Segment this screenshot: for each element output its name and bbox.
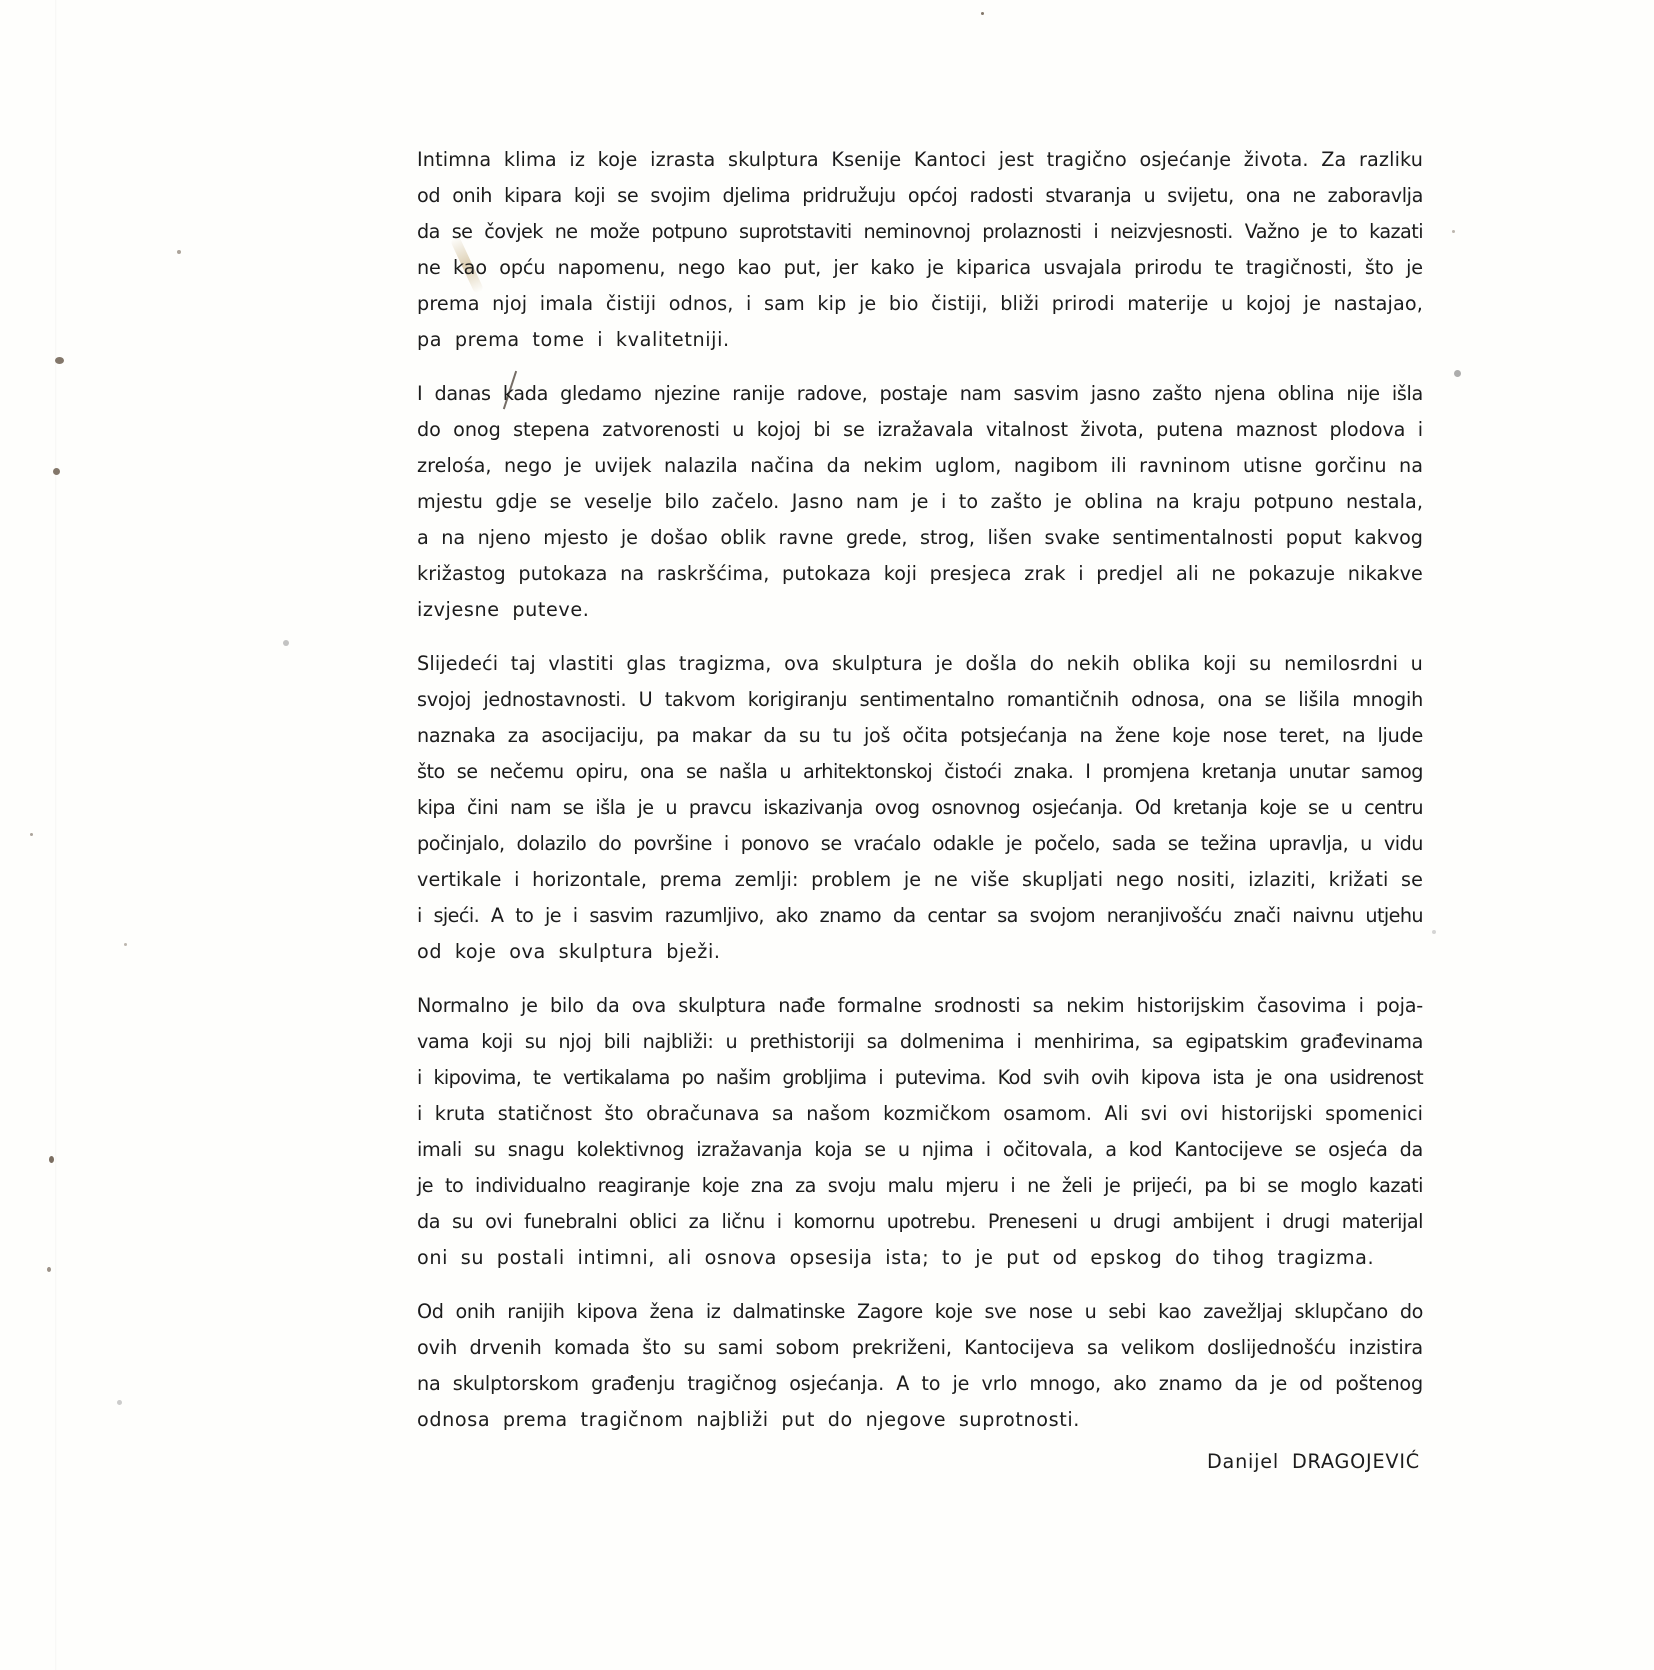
- text-line: od koje ova skulptura bježi.: [417, 934, 1423, 970]
- paragraph-1: Intimna klima iz koje izrasta skulptura …: [417, 142, 1423, 358]
- scan-blemish: [47, 1267, 51, 1272]
- text-line: mjestu gdje se veselje bilo začelo. Jasn…: [417, 484, 1423, 520]
- text-line: ne kao opću napomenu, nego kao put, jer …: [417, 250, 1423, 286]
- text-line: odnosa prema tragičnom najbliži put do n…: [417, 1402, 1423, 1438]
- scan-blemish: [55, 357, 64, 364]
- scan-blemish: [177, 250, 181, 254]
- scan-blemish: [124, 943, 127, 946]
- text-line: Od onih ranijih kipova žena iz dalmatins…: [417, 1294, 1423, 1330]
- text-line: Intimna klima iz koje izrasta skulptura …: [417, 142, 1423, 178]
- text-line: a na njeno mjesto je došao oblik ravne g…: [417, 520, 1423, 556]
- text-line: vertikale i horizontale, prema zemlji: p…: [417, 862, 1423, 898]
- text-line: oni su postali intimni, ali osnova opses…: [417, 1240, 1423, 1276]
- text-line: na skulptorskom građenju tragičnog osjeć…: [417, 1366, 1423, 1402]
- text-line: križastog putokaza na raskršćima, putoka…: [417, 556, 1423, 592]
- text-line: naznaka za asocijaciju, pa makar da su t…: [417, 718, 1423, 754]
- scan-blemish: [53, 468, 60, 475]
- text-line: izvjesne puteve.: [417, 592, 1423, 628]
- scan-blemish: [981, 12, 984, 15]
- scan-blemish: [117, 1400, 122, 1405]
- scan-blemish: [1432, 930, 1436, 934]
- text-line: kipa čini nam se išla je u pravcu iskazi…: [417, 790, 1423, 826]
- page-fold-shadow: [55, 0, 57, 1670]
- scan-blemish: [49, 1156, 54, 1163]
- text-line: da su ovi funebralni oblici za ličnu i k…: [417, 1204, 1423, 1240]
- text-line: i sjeći. A to je i sasvim razumljivo, ak…: [417, 898, 1423, 934]
- article-body: Intimna klima iz koje izrasta skulptura …: [417, 142, 1423, 1456]
- text-line: imali su snagu kolektivnog izražavanja k…: [417, 1132, 1423, 1168]
- paragraph-5: Od onih ranijih kipova žena iz dalmatins…: [417, 1294, 1423, 1438]
- text-line: vama koji su njoj bili najbliži: u preth…: [417, 1024, 1423, 1060]
- text-line: da se čovjek ne može potpuno suprotstavi…: [417, 214, 1423, 250]
- text-line: od onih kipara koji se svojim djelima pr…: [417, 178, 1423, 214]
- scan-blemish: [30, 833, 33, 836]
- scan-blemish: [283, 640, 289, 646]
- text-line: svojoj jednostavnosti. U takvom korigira…: [417, 682, 1423, 718]
- text-line: i kipovima, te vertikalama po našim grob…: [417, 1060, 1423, 1096]
- text-line: Slijedeći taj vlastiti glas tragizma, ov…: [417, 646, 1423, 682]
- text-line: počinjalo, dolazilo do površine i ponovo…: [417, 826, 1423, 862]
- author-signature: Danijel DRAGOJEVIĆ: [1207, 1450, 1420, 1473]
- text-line: Normalno je bilo da ova skulptura nađe f…: [417, 988, 1423, 1024]
- paragraph-2: I danas kada gledamo njezine ranije rado…: [417, 376, 1423, 628]
- scan-blemish: [1452, 230, 1455, 233]
- text-line: prema njoj imala čistiji odnos, i sam ki…: [417, 286, 1423, 322]
- text-line: do onog stepena zatvorenosti u kojoj bi …: [417, 412, 1423, 448]
- text-line: zrelośa, nego je uvijek nalazila načina …: [417, 448, 1423, 484]
- scan-blemish: [1454, 370, 1461, 377]
- text-line: I danas kada gledamo njezine ranije rado…: [417, 376, 1423, 412]
- text-line: pa prema tome i kvalitetniji.: [417, 322, 1423, 358]
- text-line: ovih drvenih komada što su sami sobom pr…: [417, 1330, 1423, 1366]
- text-line: i kruta statičnost što obračunava sa naš…: [417, 1096, 1423, 1132]
- paragraph-3: Slijedeći taj vlastiti glas tragizma, ov…: [417, 646, 1423, 970]
- paragraph-4: Normalno je bilo da ova skulptura nađe f…: [417, 988, 1423, 1276]
- text-line: što se nečemu opiru, ona se našla u arhi…: [417, 754, 1423, 790]
- scanned-page: Intimna klima iz koje izrasta skulptura …: [0, 0, 1654, 1670]
- text-line: je to individualno reagiranje koje zna z…: [417, 1168, 1423, 1204]
